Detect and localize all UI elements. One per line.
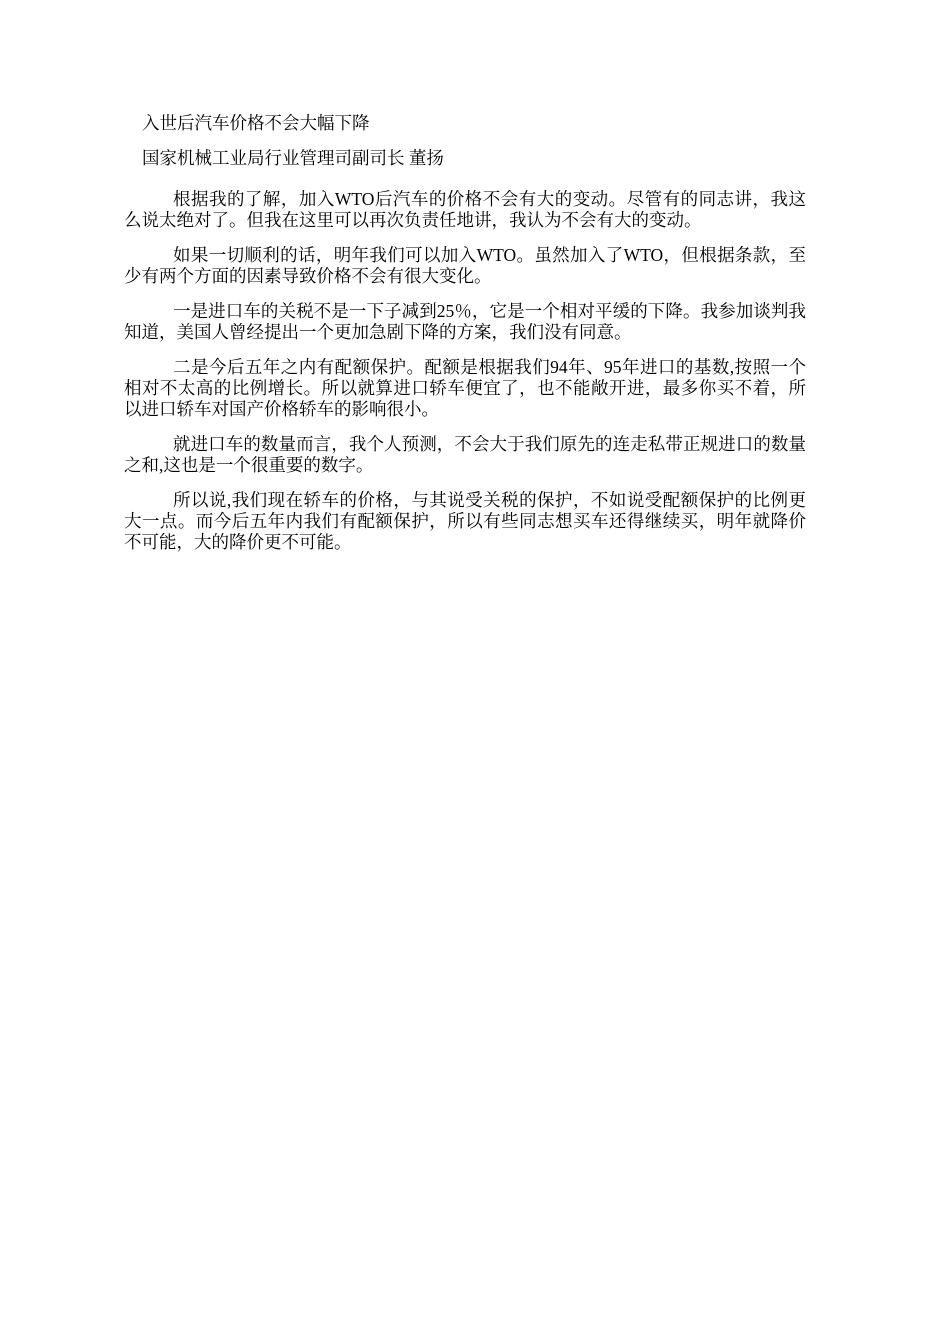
- paragraph-2: 如果一切顺利的话，明年我们可以加入WTO。虽然加入了WTO，但根据条款，至少有两…: [124, 245, 806, 287]
- document-title: 入世后汽车价格不会大幅下降: [124, 113, 806, 134]
- document-body: 入世后汽车价格不会大幅下降 国家机械工业局行业管理司副司长 董扬 根据我的了解，…: [124, 113, 806, 567]
- paragraph-4: 二是今后五年之内有配额保护。配额是根据我们94年、95年进口的基数,按照一个相对…: [124, 357, 806, 420]
- paragraph-6: 所以说,我们现在轿车的价格，与其说受关税的保护，不如说受配额保护的比例更大一点。…: [124, 490, 806, 553]
- document-page: 入世后汽车价格不会大幅下降 国家机械工业局行业管理司副司长 董扬 根据我的了解，…: [0, 0, 950, 1344]
- paragraph-1: 根据我的了解，加入WTO后汽车的价格不会有大的变动。尽管有的同志讲，我这么说太绝…: [124, 189, 806, 231]
- document-byline: 国家机械工业局行业管理司副司长 董扬: [124, 148, 806, 169]
- paragraph-3: 一是进口车的关税不是一下子减到25％，它是一个相对平缓的下降。我参加谈判我知道，…: [124, 301, 806, 343]
- paragraph-5: 就进口车的数量而言，我个人预测，不会大于我们原先的连走私带正规进口的数量之和,这…: [124, 434, 806, 476]
